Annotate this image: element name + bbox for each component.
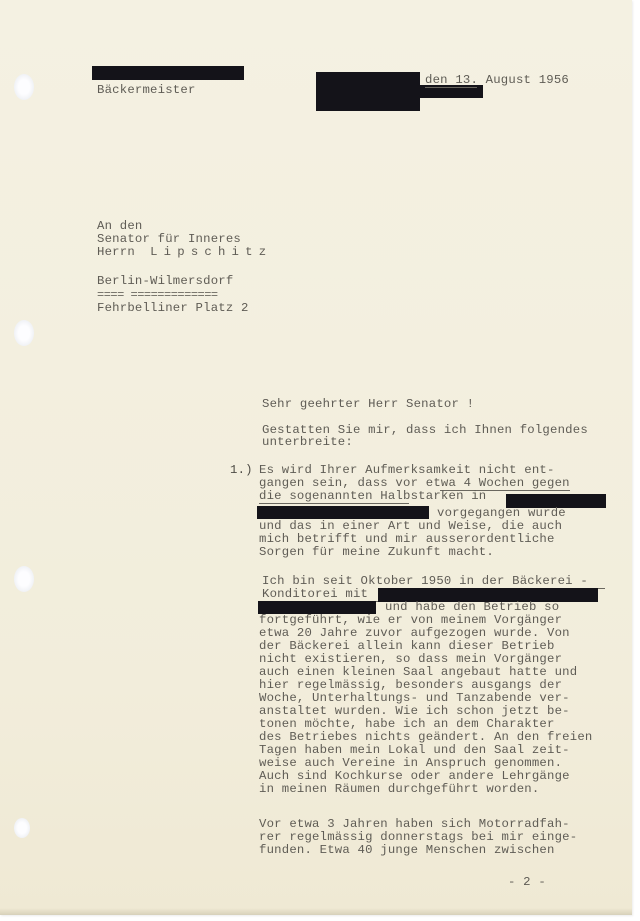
recipient-street: Fehrbelliner Platz 2 bbox=[97, 302, 249, 315]
page-marker: - 2 - bbox=[508, 876, 546, 889]
recipient-city-underline: ==== ============= bbox=[97, 288, 218, 302]
letter-date: den 13. August 1956 bbox=[425, 74, 569, 87]
para1-underline bbox=[259, 503, 409, 504]
salutation: Sehr geehrter Herr Senator ! bbox=[262, 398, 474, 411]
sender-occupation: Bäckermeister bbox=[97, 84, 196, 97]
recipient-name: Lipschitz bbox=[150, 245, 272, 259]
point-number: 1.) bbox=[230, 464, 253, 477]
redacted-location bbox=[257, 506, 429, 519]
para2-line: Konditorei mit bbox=[262, 588, 368, 601]
letter-page: Bäckermeister den 13. August 1956 An den… bbox=[0, 0, 632, 915]
para1-line: Sorgen für meine Zukunft macht. bbox=[259, 546, 494, 559]
recipient-title: Herrn bbox=[97, 245, 135, 259]
punch-hole bbox=[14, 320, 34, 346]
para1-line: die sogenannten Halbstarken in bbox=[259, 490, 486, 503]
recipient-city: Berlin-Wilmersdorf bbox=[97, 275, 233, 288]
date-underline bbox=[425, 87, 477, 88]
punch-hole bbox=[14, 566, 34, 592]
intro-line: unterbreite: bbox=[262, 436, 353, 449]
para3-line: funden. Etwa 40 junge Menschen zwischen bbox=[259, 844, 555, 857]
recipient-line3: Herrn Lipschitz bbox=[97, 246, 272, 259]
para2-line: in meinen Räumen durchgeführt worden. bbox=[259, 783, 539, 796]
punch-hole bbox=[14, 818, 30, 838]
redacted-place bbox=[316, 72, 420, 111]
punch-hole bbox=[14, 74, 34, 100]
redacted-sender-name bbox=[92, 66, 244, 80]
